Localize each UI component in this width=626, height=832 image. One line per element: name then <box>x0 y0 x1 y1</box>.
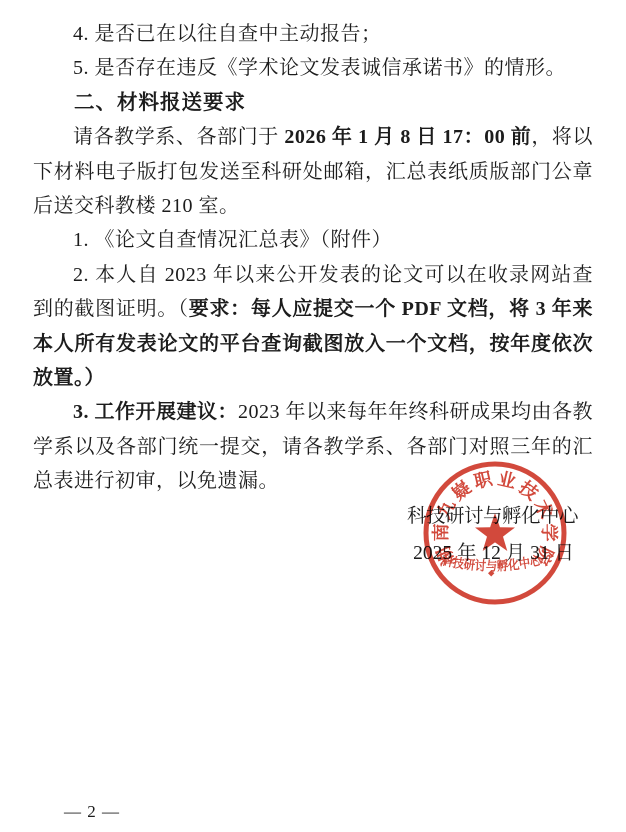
svg-text:业: 业 <box>496 469 518 492</box>
paragraph-deadline: 请各教学系、各部门于 2026 年 1 月 8 日 17：00 前，将以下材料电… <box>33 120 593 223</box>
svg-text:职: 职 <box>472 468 495 492</box>
page-number: — 2 — <box>64 802 120 822</box>
svg-text:南: 南 <box>430 523 451 541</box>
seal-star-icon <box>475 513 515 551</box>
attachment-item-2: 2. 本人自 2023 年以来公开发表的论文可以在收录网站查到的截图证明。（要求… <box>33 258 593 396</box>
seal-bottom-text: 科技研讨与孵化中心 <box>440 552 544 573</box>
document-page: 4. 是否已在以往自查中主动报告； 5. 是否存在违反《学术论文发表诚信承诺书》… <box>0 0 626 832</box>
attachment-item-1: 1. 《论文自查情况汇总表》（附件） <box>33 223 593 257</box>
list-item-4: 4. 是否已在以往自查中主动报告； <box>33 17 593 51</box>
svg-text:学: 学 <box>539 523 560 541</box>
official-seal: 湖南九嶷职业技术学院 科技研讨与孵化中心 <box>420 457 570 607</box>
section-heading: 二、材料报送要求 <box>33 86 593 120</box>
list-item-5: 5. 是否存在违反《学术论文发表诚信承诺书》的情形。 <box>33 51 593 85</box>
document-body: 4. 是否已在以往自查中主动报告； 5. 是否存在违反《学术论文发表诚信承诺书》… <box>33 17 593 499</box>
